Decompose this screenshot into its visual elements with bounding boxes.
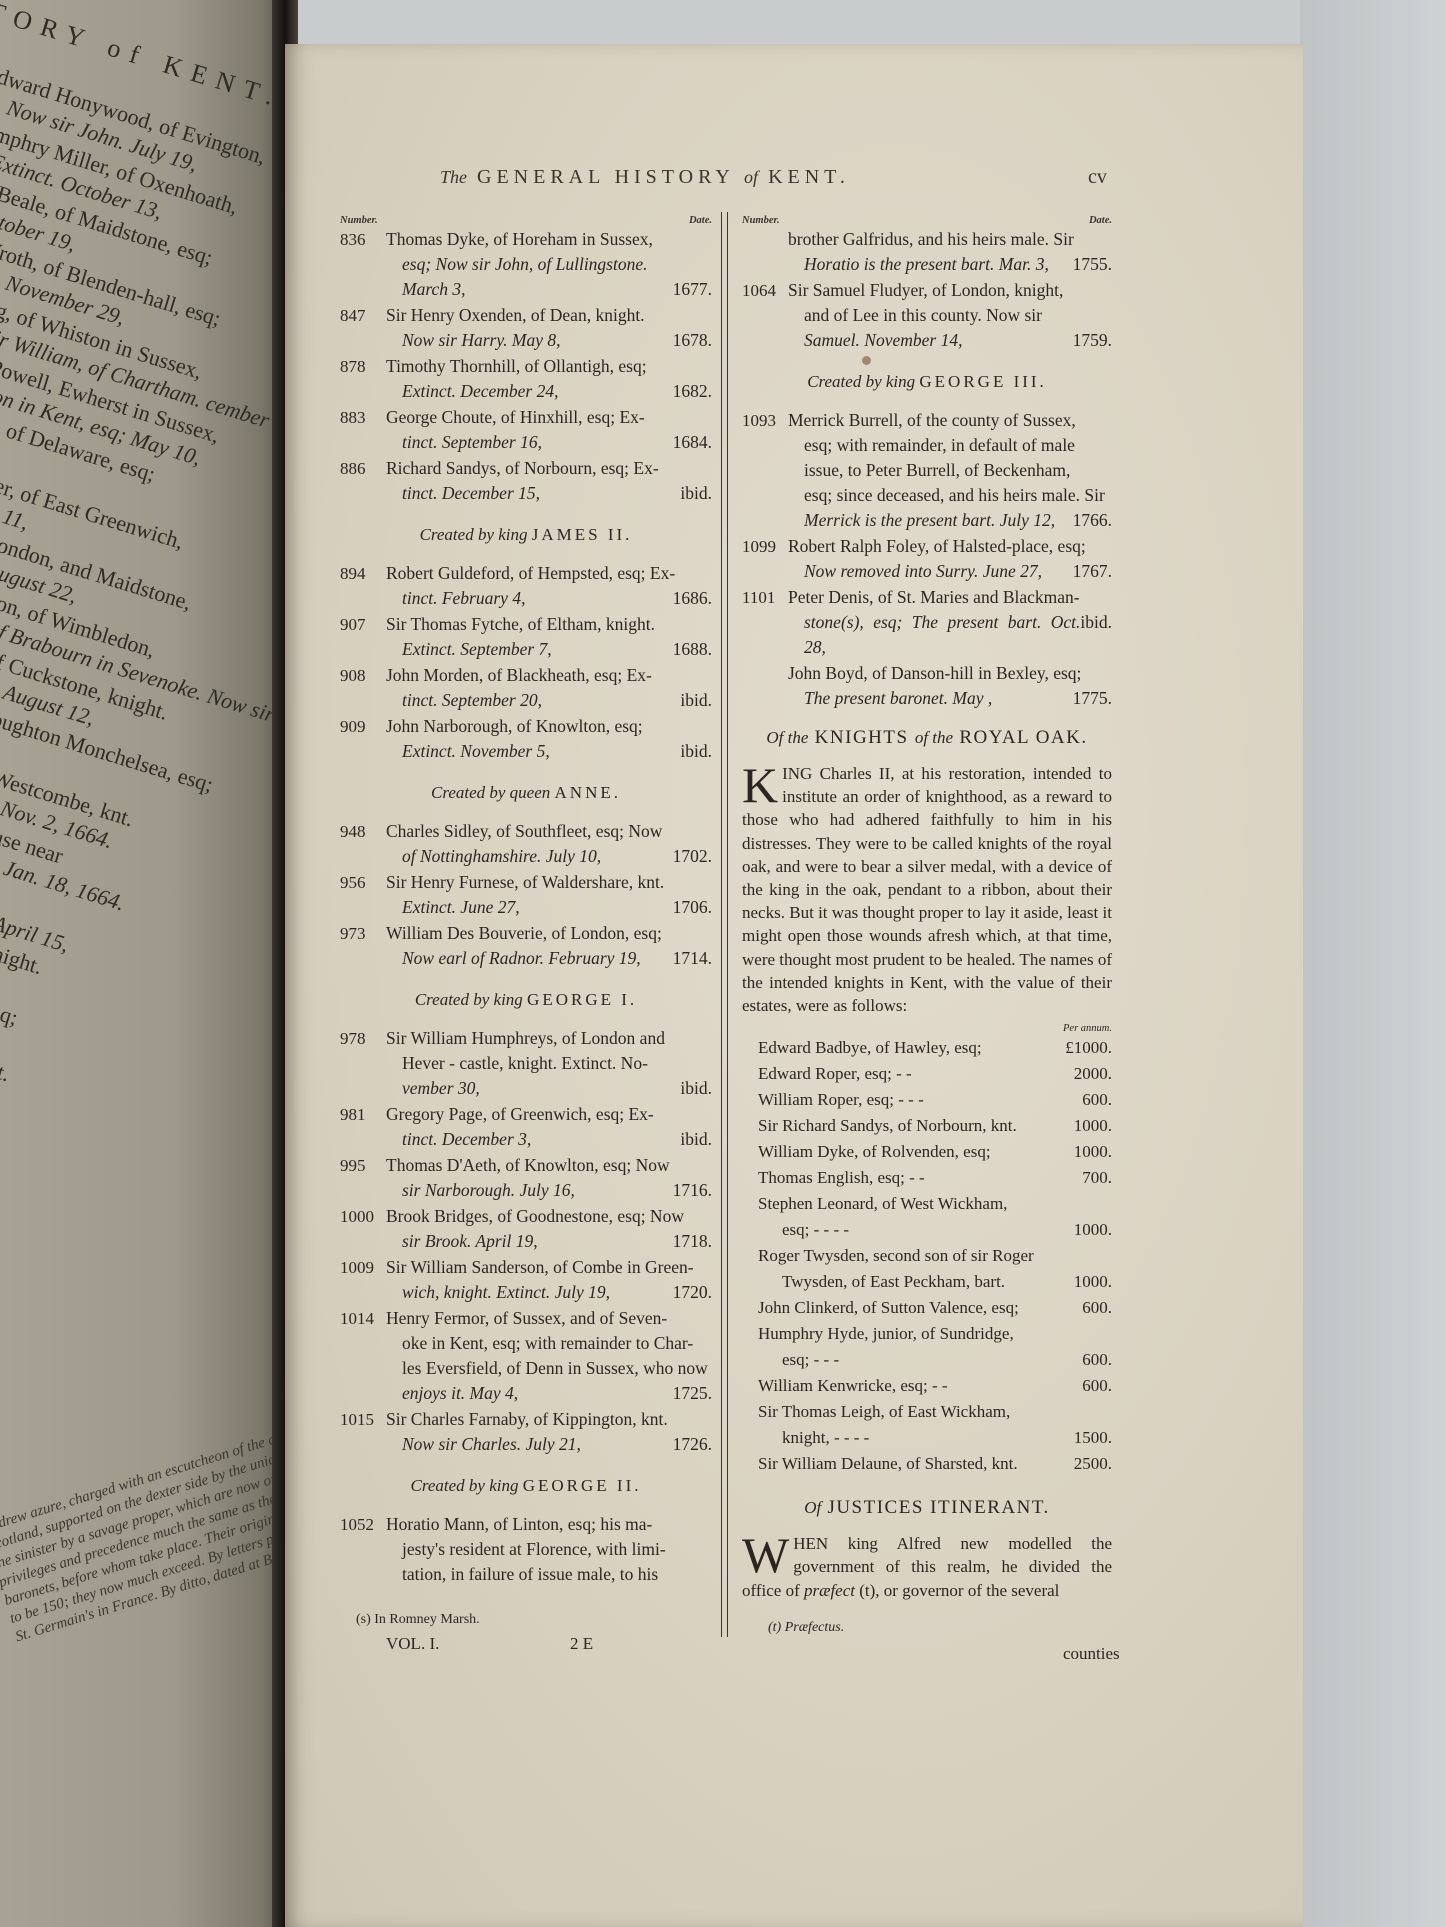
entry-text: Peter Denis, of St. Maries and Blackman-	[788, 585, 1112, 610]
knight-name: Sir Thomas Leigh, of East Wickham,	[758, 1399, 1010, 1425]
baronet-list-george1: 978Sir William Humphreys, of London andH…	[340, 1026, 712, 1457]
entry-number: 973	[340, 921, 384, 946]
date-label: Date.	[689, 215, 712, 227]
entry-year: 1684.	[673, 430, 712, 455]
entry-text: oke in Kent, esq; with remainder to Char…	[386, 1331, 712, 1356]
baronet-entry: 1000Brook Bridges, of Goodnestone, esq; …	[340, 1204, 712, 1254]
knight-row: Sir William Delaune, of Sharsted, knt.25…	[742, 1451, 1112, 1477]
left-entries: 534 Edward Honywood, of Evington,Now sir…	[0, 47, 290, 1346]
knight-name-cont: esq; - - -	[782, 1347, 839, 1373]
entry-year: 1716.	[673, 1178, 712, 1203]
entry-number: 1000	[340, 1204, 384, 1229]
entry-year: ibid.	[680, 688, 712, 713]
right-column: Number. Date. brother Galfridus, and his…	[742, 215, 1112, 1602]
entry-year: 1767.	[1073, 559, 1112, 584]
knight-name: John Clinkerd, of Sutton Valence, esq;	[758, 1295, 1019, 1321]
royal-oak-heading: Of the KNIGHTS of the ROYAL OAK.	[742, 725, 1112, 750]
knight-row: William Kenwricke, esq; - -600.	[742, 1373, 1112, 1399]
entry-text: Sir Charles Farnaby, of Kippington, knt.	[386, 1407, 712, 1432]
entry-text: les Eversfield, of Denn in Sussex, who n…	[386, 1356, 712, 1381]
drop-cap: W	[742, 1534, 789, 1576]
knight-name: William Dyke, of Rolvenden, esq;	[758, 1139, 991, 1165]
entry-number: 1015	[340, 1407, 384, 1432]
entry-date: Extinct. December 24,	[402, 379, 558, 404]
entry-year: 1720.	[673, 1280, 712, 1305]
column-header: Number. Date.	[742, 215, 1112, 227]
per-annum-label: Per annum.	[742, 1023, 1112, 1035]
signature-mark: 2 E	[570, 1634, 593, 1654]
knight-name-cont: Twysden, of East Peckham, bart.	[782, 1269, 1005, 1295]
section-heading-james2: Created by king JAMES II.	[340, 522, 712, 547]
knight-row: Edward Roper, esq; - -2000.	[742, 1061, 1112, 1087]
entry-date: enjoys it. May 4,	[402, 1381, 518, 1406]
royal-oak-paragraph: KING Charles II, at his restoration, int…	[742, 762, 1112, 1017]
entry-number: 847	[340, 303, 384, 328]
entry-date-line: vember 30,ibid.	[386, 1076, 712, 1101]
baronet-list-george3: 1093Merrick Burrell, of the county of Su…	[742, 408, 1112, 711]
entry-date-line: Now earl of Radnor. February 19,1714.	[386, 946, 712, 971]
entry-text: Sir Henry Furnese, of Waldershare, knt.	[386, 870, 712, 895]
baronet-entry: 973William Des Bouverie, of London, esq;…	[340, 921, 712, 971]
entry-date-line: Extinct. September 7,1688.	[386, 637, 712, 662]
entry-text: William Des Bouverie, of London, esq;	[386, 921, 712, 946]
entry-number: 878	[340, 354, 384, 379]
entry-text: George Choute, of Hinxhill, esq; Ex-	[386, 405, 712, 430]
baronet-entry: 978Sir William Humphreys, of London andH…	[340, 1026, 712, 1101]
knight-name: Roger Twysden, second son of sir Roger	[758, 1243, 1034, 1269]
entry-year: 1677.	[673, 277, 712, 302]
knight-row: Humphry Hyde, junior, of Sundridge,	[742, 1321, 1112, 1347]
entry-date-line: Extinct. November 5,ibid.	[386, 739, 712, 764]
entry-number: 907	[340, 612, 384, 637]
section-heading-george3: Created by king GEORGE III.	[742, 369, 1112, 394]
baronet-list-george2: 1052Horatio Mann, of Linton, esq; his ma…	[340, 1512, 712, 1587]
baronet-entry: 847Sir Henry Oxenden, of Dean, knight.No…	[340, 303, 712, 353]
entry-text: and of Lee in this county. Now sir	[788, 303, 1112, 328]
entry-text: Sir Samuel Fludyer, of London, knight,	[788, 278, 1112, 303]
entry-number: 1101	[742, 585, 786, 610]
entry-text: Gregory Page, of Greenwich, esq; Ex-	[386, 1102, 712, 1127]
knight-value: 1000.	[1052, 1113, 1112, 1139]
entry-number: 978	[340, 1026, 384, 1051]
knight-name: Edward Roper, esq; - -	[758, 1061, 912, 1087]
entry-year: 1755.	[1073, 252, 1112, 277]
entry-number: 836	[340, 227, 384, 252]
entry-text: John Morden, of Blackheath, esq; Ex-	[386, 663, 712, 688]
entry-text: jesty's resident at Florence, with limi-	[386, 1537, 712, 1562]
royal-oak-knights-list: Per annum. Edward Badbye, of Hawley, esq…	[742, 1023, 1112, 1477]
baronet-entry: 878Timothy Thornhill, of Ollantigh, esq;…	[340, 354, 712, 404]
volume-label: VOL. I.	[386, 1634, 439, 1654]
entry-date: wich, knight. Extinct. July 19,	[402, 1280, 610, 1305]
knight-name: Sir William Delaune, of Sharsted, knt.	[758, 1451, 1018, 1477]
knight-name: Stephen Leonard, of West Wickham,	[758, 1191, 1007, 1217]
knight-name-cont: knight, - - - -	[782, 1425, 869, 1451]
entry-note: esq; Now sir John, of Lullingstone.	[386, 252, 712, 277]
knight-value: £1000.	[1052, 1035, 1112, 1061]
running-head-of: of	[744, 167, 758, 187]
page-number: cv	[1088, 166, 1107, 189]
entry-date-line: wich, knight. Extinct. July 19,1720.	[386, 1280, 712, 1305]
entry-number: 1099	[742, 534, 786, 559]
entry-number: 956	[340, 870, 384, 895]
entry-year: 1678.	[673, 328, 712, 353]
knight-row-cont: Twysden, of East Peckham, bart.1000.	[742, 1269, 1112, 1295]
entry-text: Horatio Mann, of Linton, esq; his ma-	[386, 1512, 712, 1537]
baronet-entry: 981Gregory Page, of Greenwich, esq; Ex-t…	[340, 1102, 712, 1152]
knight-name: William Kenwricke, esq; - -	[758, 1373, 948, 1399]
entry-text: Sir Henry Oxenden, of Dean, knight.	[386, 303, 712, 328]
entry-text: Thomas Dyke, of Horeham in Sussex,	[386, 227, 712, 252]
baronet-list-james2: 894Robert Guldeford, of Hempsted, esq; E…	[340, 561, 712, 764]
knight-row: Sir Richard Sandys, of Norbourn, knt.100…	[742, 1113, 1112, 1139]
entry-number: 1052	[340, 1512, 384, 1537]
baronet-entry: brother Galfridus, and his heirs male. S…	[742, 227, 1112, 277]
running-head-the: The	[440, 167, 467, 187]
entry-text: Merrick Burrell, of the county of Sussex…	[788, 408, 1112, 433]
knight-value: 2000.	[1052, 1061, 1112, 1087]
entry-date-line: March 3,1677.	[386, 277, 712, 302]
knight-name-cont: esq; - - - -	[782, 1217, 849, 1243]
baronet-entry: 995Thomas D'Aeth, of Knowlton, esq; Nows…	[340, 1153, 712, 1203]
entry-year: 1759.	[1073, 328, 1112, 353]
entry-text: Robert Ralph Foley, of Halsted-place, es…	[788, 534, 1112, 559]
entry-text: tation, in failure of issue male, to his	[386, 1562, 712, 1587]
knight-value	[1052, 1243, 1112, 1269]
entry-date-line: tinct. December 3,ibid.	[386, 1127, 712, 1152]
column-header: Number. Date.	[340, 215, 712, 227]
entry-date: March 3,	[402, 277, 466, 302]
entry-date: sir Narborough. July 16,	[402, 1178, 575, 1203]
baronet-entry: 1093Merrick Burrell, of the county of Su…	[742, 408, 1112, 533]
entry-year: ibid.	[680, 739, 712, 764]
running-head: The GENERAL HISTORY of KENT.	[440, 166, 850, 189]
number-label: Number.	[742, 215, 780, 227]
baronet-entry: 956Sir Henry Furnese, of Waldershare, kn…	[340, 870, 712, 920]
entry-date-line: tinct. February 4,1686.	[386, 586, 712, 611]
entry-number: 894	[340, 561, 384, 586]
entry-year: 1682.	[673, 379, 712, 404]
baronet-entry: 908John Morden, of Blackheath, esq; Ex-t…	[340, 663, 712, 713]
entry-text: Brook Bridges, of Goodnestone, esq; Now	[386, 1204, 712, 1229]
entry-date-line: Samuel. November 14,1759.	[788, 328, 1112, 353]
entry-text: Timothy Thornhill, of Ollantigh, esq;	[386, 354, 712, 379]
entry-date-line: sir Brook. April 19,1718.	[386, 1229, 712, 1254]
entry-date: Extinct. November 5,	[402, 739, 550, 764]
entry-date: tinct. September 16,	[402, 430, 542, 455]
baronet-entry: 1009Sir William Sanderson, of Combe in G…	[340, 1255, 712, 1305]
knight-value: 600.	[1052, 1295, 1112, 1321]
running-head-title: GENERAL HISTORY	[477, 166, 734, 188]
knight-value: 1000.	[1052, 1269, 1112, 1295]
knight-row: Roger Twysden, second son of sir Roger	[742, 1243, 1112, 1269]
entry-date-line: Now sir Harry. May 8,1678.	[386, 328, 712, 353]
entry-date: sir Brook. April 19,	[402, 1229, 538, 1254]
entry-date: The present baronet. May ,	[804, 686, 992, 711]
entry-number: 1009	[340, 1255, 384, 1280]
right-footnote: (t) Præfectus.	[768, 1620, 844, 1636]
entry-date-line: of Nottinghamshire. July 10,1702.	[386, 844, 712, 869]
knight-row: William Roper, esq; - - -600.	[742, 1087, 1112, 1113]
entry-text: Sir William Humphreys, of London and	[386, 1026, 712, 1051]
baronet-entry: 894Robert Guldeford, of Hempsted, esq; E…	[340, 561, 712, 611]
section-heading-george1: Created by king GEORGE I.	[340, 987, 712, 1012]
entry-number: 886	[340, 456, 384, 481]
entry-date: tinct. September 20,	[402, 688, 542, 713]
entry-text: John Narborough, of Knowlton, esq;	[386, 714, 712, 739]
entry-date-line: tinct. September 16,1684.	[386, 430, 712, 455]
baronet-entry: 948Charles Sidley, of Southfleet, esq; N…	[340, 819, 712, 869]
entry-date-line: The present baronet. May ,1775.	[788, 686, 1112, 711]
entry-date: Samuel. November 14,	[804, 328, 962, 353]
knight-name: Humphry Hyde, junior, of Sundridge,	[758, 1321, 1014, 1347]
knight-value	[1052, 1321, 1112, 1347]
entry-date-line: tinct. December 15,ibid.	[386, 481, 712, 506]
entry-number: 995	[340, 1153, 384, 1178]
entry-date-line: Now removed into Surry. June 27,1767.	[788, 559, 1112, 584]
knight-name: Thomas English, esq; - -	[758, 1165, 925, 1191]
entry-date-line: Now sir Charles. July 21,1726.	[386, 1432, 712, 1457]
entry-text: Sir Thomas Fytche, of Eltham, knight.	[386, 612, 712, 637]
entry-year: 1706.	[673, 895, 712, 920]
knight-name: Sir Richard Sandys, of Norbourn, knt.	[758, 1113, 1017, 1139]
entry-text: esq; since deceased, and his heirs male.…	[788, 483, 1112, 508]
knight-row-cont: esq; - - - -1000.	[742, 1217, 1112, 1243]
baronet-entry: 1014Henry Fermor, of Sussex, and of Seve…	[340, 1306, 712, 1406]
baronet-list-charles2: 836Thomas Dyke, of Horeham in Sussex,esq…	[340, 227, 712, 506]
entry-date-line: sir Narborough. July 16,1716.	[386, 1178, 712, 1203]
entry-text: Hever - castle, knight. Extinct. No-	[386, 1051, 712, 1076]
entry-date-line: tinct. September 20,ibid.	[386, 688, 712, 713]
baronet-list-anne: 948Charles Sidley, of Southfleet, esq; N…	[340, 819, 712, 971]
baronet-entry: 886Richard Sandys, of Norbourn, esq; Ex-…	[340, 456, 712, 506]
entry-date: Now removed into Surry. June 27,	[804, 559, 1042, 584]
entry-text: brother Galfridus, and his heirs male. S…	[788, 227, 1112, 252]
knight-value: 1000.	[1052, 1217, 1112, 1243]
knight-name: William Roper, esq; - - -	[758, 1087, 924, 1113]
entry-date: Now earl of Radnor. February 19,	[402, 946, 641, 971]
entry-date-line: stone(s), esq; The present bart. Oct. 28…	[788, 610, 1112, 660]
column-divider	[721, 212, 728, 1637]
knight-row-cont: esq; - - -600.	[742, 1347, 1112, 1373]
entry-date: Merrick is the present bart. July 12,	[804, 508, 1055, 533]
entry-date-line: Extinct. June 27,1706.	[386, 895, 712, 920]
knight-row: Stephen Leonard, of West Wickham,	[742, 1191, 1112, 1217]
date-label: Date.	[1089, 215, 1112, 227]
baronet-list-george2-cont: brother Galfridus, and his heirs male. S…	[742, 227, 1112, 353]
entry-year: 1766.	[1073, 508, 1112, 533]
entry-year: 1702.	[673, 844, 712, 869]
entry-text: Richard Sandys, of Norbourn, esq; Ex-	[386, 456, 712, 481]
entry-date: Now sir Harry. May 8,	[402, 328, 560, 353]
entry-text: Henry Fermor, of Sussex, and of Seven-	[386, 1306, 712, 1331]
entry-date: tinct. December 15,	[402, 481, 540, 506]
entry-number: 948	[340, 819, 384, 844]
left-page-footnote: Andrew azure, charged with an escutcheon…	[0, 1409, 290, 1647]
knight-row-cont: knight, - - - -1500.	[742, 1425, 1112, 1451]
knight-row: Thomas English, esq; - -700.	[742, 1165, 1112, 1191]
entry-number: 883	[340, 405, 384, 430]
knight-value: 700.	[1052, 1165, 1112, 1191]
left-facing-page: STORY of KENT. Number. 534 Edward Honywo…	[0, 0, 290, 1927]
baronet-entry: 1099Robert Ralph Foley, of Halsted-place…	[742, 534, 1112, 584]
left-column: Number. Date. 836Thomas Dyke, of Horeham…	[340, 215, 712, 1588]
entry-date: stone(s), esq; The present bart. Oct. 28…	[804, 610, 1080, 660]
entry-text: John Boyd, of Danson-hill in Bexley, esq…	[788, 661, 1112, 686]
entry-year: ibid.	[680, 1076, 712, 1101]
entry-year: ibid.	[680, 1127, 712, 1152]
knight-value: 2500.	[1052, 1451, 1112, 1477]
entry-year: 1718.	[673, 1229, 712, 1254]
entry-date: of Nottinghamshire. July 10,	[402, 844, 601, 869]
baronet-entry: 907Sir Thomas Fytche, of Eltham, knight.…	[340, 612, 712, 662]
entry-text: Thomas D'Aeth, of Knowlton, esq; Now	[386, 1153, 712, 1178]
entry-year: 1714.	[673, 946, 712, 971]
section-heading-anne: Created by queen ANNE.	[340, 780, 712, 805]
entry-date-line: Horatio is the present bart. Mar. 3,1755…	[788, 252, 1112, 277]
entry-year: 1688.	[673, 637, 712, 662]
knight-value	[1052, 1191, 1112, 1217]
entry-date: tinct. February 4,	[402, 586, 525, 611]
entry-number: 981	[340, 1102, 384, 1127]
number-label: Number.	[340, 215, 378, 227]
entry-date: Extinct. June 27,	[402, 895, 520, 920]
entry-number: 1014	[340, 1306, 384, 1331]
entry-date: Extinct. September 7,	[402, 637, 552, 662]
baronet-entry: 1101Peter Denis, of St. Maries and Black…	[742, 585, 1112, 660]
entry-text: esq; with remainder, in default of male	[788, 433, 1112, 458]
baronet-entry: 1064Sir Samuel Fludyer, of London, knigh…	[742, 278, 1112, 353]
left-page-text: STORY of KENT. Number. 534 Edward Honywo…	[0, 0, 290, 1348]
catchword: counties	[1063, 1644, 1120, 1664]
entry-number: 908	[340, 663, 384, 688]
section-heading-george2: Created by king GEORGE II.	[340, 1473, 712, 1498]
knight-row: Edward Badbye, of Hawley, esq;£1000.	[742, 1035, 1112, 1061]
baronet-entry: 883George Choute, of Hinxhill, esq; Ex-t…	[340, 405, 712, 455]
knight-row: William Dyke, of Rolvenden, esq;1000.	[742, 1139, 1112, 1165]
knight-value: 600.	[1052, 1373, 1112, 1399]
left-footnote: (s) In Romney Marsh.	[356, 1612, 480, 1628]
entry-year: ibid.	[1080, 610, 1112, 660]
entry-year: 1775.	[1073, 686, 1112, 711]
baronet-entry: 1052Horatio Mann, of Linton, esq; his ma…	[340, 1512, 712, 1587]
background-surface	[1300, 0, 1445, 1927]
entry-date-line: Extinct. December 24,1682.	[386, 379, 712, 404]
running-head-county: KENT.	[768, 166, 850, 188]
baronet-entry: 836Thomas Dyke, of Horeham in Sussex,esq…	[340, 227, 712, 302]
baronet-entry: John Boyd, of Danson-hill in Bexley, esq…	[742, 661, 1112, 711]
drop-cap: K	[742, 764, 778, 806]
knight-row: John Clinkerd, of Sutton Valence, esq;60…	[742, 1295, 1112, 1321]
knight-value: 1500.	[1052, 1425, 1112, 1451]
entry-year: 1686.	[673, 586, 712, 611]
knight-value: 600.	[1052, 1347, 1112, 1373]
justices-paragraph: WHEN king Alfred new modelled the govern…	[742, 1532, 1112, 1602]
entry-year: ibid.	[680, 481, 712, 506]
entry-date-line: Merrick is the present bart. July 12,176…	[788, 508, 1112, 533]
entry-date: tinct. December 3,	[402, 1127, 531, 1152]
entry-number: 1093	[742, 408, 786, 433]
entry-date: vember 30,	[402, 1076, 480, 1101]
baronet-entry: 909John Narborough, of Knowlton, esq;Ext…	[340, 714, 712, 764]
baronet-entry: 1015Sir Charles Farnaby, of Kippington, …	[340, 1407, 712, 1457]
entry-text: Robert Guldeford, of Hempsted, esq; Ex-	[386, 561, 712, 586]
entry-year: 1726.	[673, 1432, 712, 1457]
knight-value	[1052, 1399, 1112, 1425]
entry-text: Charles Sidley, of Southfleet, esq; Now	[386, 819, 712, 844]
entry-text: Sir William Sanderson, of Combe in Green…	[386, 1255, 712, 1280]
knight-value: 600.	[1052, 1087, 1112, 1113]
knight-value: 1000.	[1052, 1139, 1112, 1165]
entry-text: issue, to Peter Burrell, of Beckenham,	[788, 458, 1112, 483]
entry-number: 909	[340, 714, 384, 739]
knight-row: Sir Thomas Leigh, of East Wickham,	[742, 1399, 1112, 1425]
entry-number: 1064	[742, 278, 786, 303]
knight-name: Edward Badbye, of Hawley, esq;	[758, 1035, 982, 1061]
justices-heading: Of JUSTICES ITINERANT.	[742, 1495, 1112, 1520]
entry-date: Horatio is the present bart. Mar. 3,	[804, 252, 1049, 277]
entry-date: Now sir Charles. July 21,	[402, 1432, 581, 1457]
entry-date-line: enjoys it. May 4,1725.	[386, 1381, 712, 1406]
entry-year: 1725.	[673, 1381, 712, 1406]
